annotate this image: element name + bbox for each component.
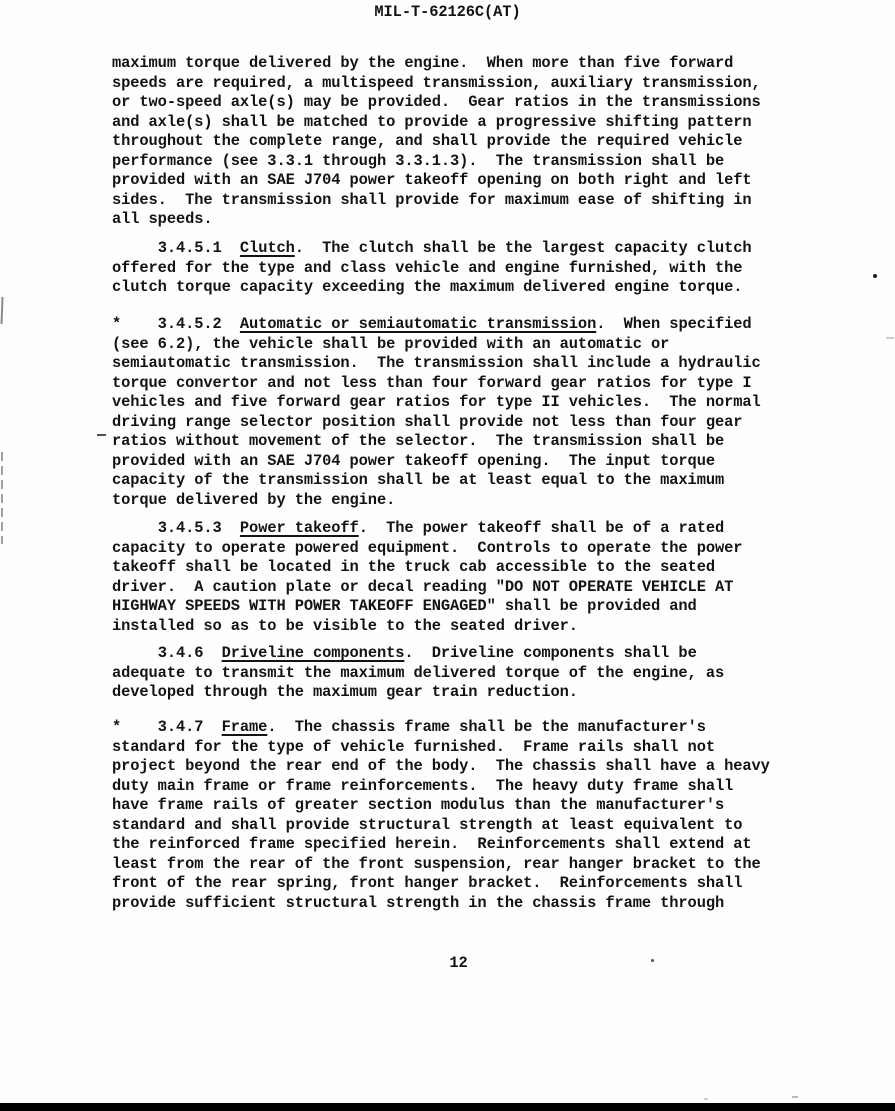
underlined-heading: Power takeoff xyxy=(240,519,359,537)
paragraph-intro-continuation: maximum torque delivered by the engine. … xyxy=(112,54,802,230)
paragraph-power-takeoff: 3.4.5.3 Power takeoff. The power takeoff… xyxy=(112,519,802,636)
scan-dot-right-margin xyxy=(873,274,877,278)
scan-speck xyxy=(704,1098,708,1100)
scan-speck xyxy=(792,1096,798,1098)
underlined-heading: Frame xyxy=(222,718,268,736)
scan-margin-dash xyxy=(97,434,106,436)
paragraph-driveline-components: 3.4.6 Driveline components. Driveline co… xyxy=(112,644,802,703)
underlined-heading: Driveline components xyxy=(222,644,405,662)
spec-number-header: MIL-T-62126C(AT) xyxy=(0,3,895,23)
paragraph-automatic-transmission: * 3.4.5.2 Automatic or semiautomatic tra… xyxy=(112,315,802,510)
paragraph-clutch: 3.4.5.1 Clutch. The clutch shall be the … xyxy=(112,239,802,298)
scan-dash-right-edge xyxy=(886,337,894,339)
scan-edge-black-bar xyxy=(0,1103,895,1111)
underlined-heading: Clutch xyxy=(240,239,295,257)
page-number: 12 xyxy=(0,954,895,974)
document-page: MIL-T-62126C(AT) maximum torque delivere… xyxy=(0,0,895,1111)
paragraph-frame: * 3.4.7 Frame. The chassis frame shall b… xyxy=(112,718,802,913)
scan-scratch-left-lower xyxy=(1,452,3,544)
underlined-heading: Automatic or semiautomatic transmission xyxy=(240,315,596,333)
scan-dot-near-page-number xyxy=(651,959,654,962)
scan-scratch-left-upper xyxy=(1,297,4,324)
